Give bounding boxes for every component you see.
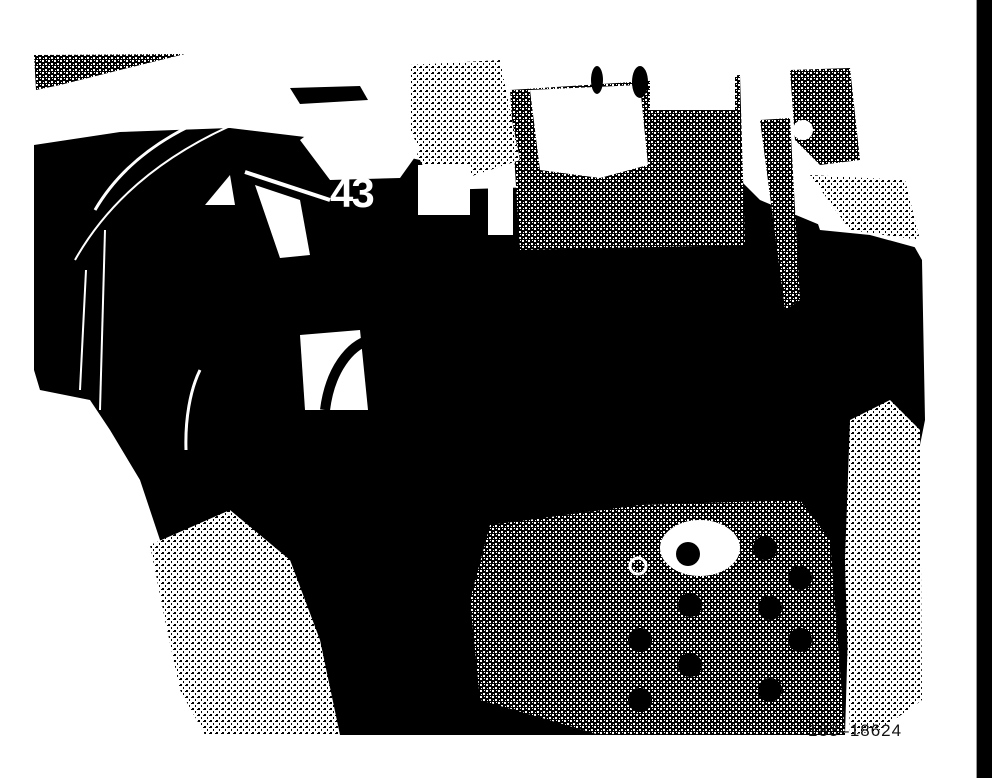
halftone-photo (0, 0, 992, 778)
fuse-block-a (418, 165, 470, 215)
relay-top-white (650, 75, 735, 110)
connector (290, 86, 368, 104)
mount-bracket (790, 68, 860, 165)
relay-cover (530, 85, 648, 178)
top-left-fragment (34, 54, 185, 90)
scan-edge-bar (976, 0, 992, 778)
right-panel-halftone (845, 400, 922, 735)
callout-label: 43 (330, 172, 373, 214)
figure-number: 183–18624 (808, 721, 902, 741)
fuse-block-b (488, 175, 513, 235)
perforated-plate (470, 500, 845, 735)
